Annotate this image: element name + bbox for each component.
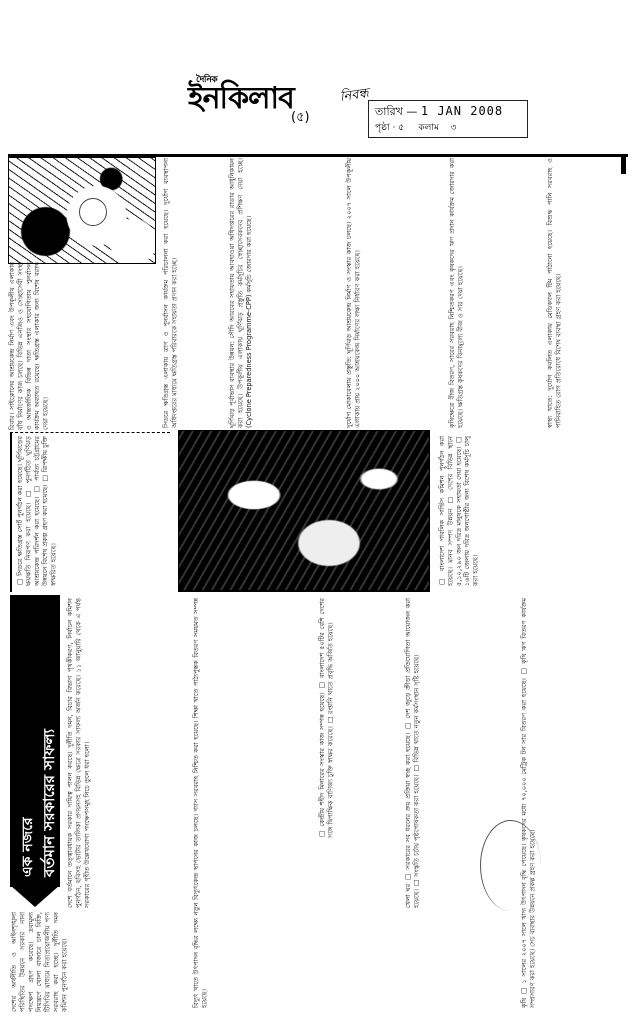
heading-line-2: বর্তমান সরকারের সাফল্য [36,605,61,877]
column-text: রিবার। সাইক্লোনের আশ্রয়কেন্দ্র নির্মাণ … [8,262,154,430]
column-text: □ বাংলাদেশ পাবলিক সার্ভিস কমিশন পুনর্গঠন… [438,436,623,586]
text-column: দুর্যোগ মোকাবেলায় প্রস্তুতি: ঘূর্ণিঝড় … [345,158,440,428]
column-text: □ কেন্দ্রীয় শহীদ মিনারের সংস্কার কাজ সম… [318,598,398,838]
text-column: বিদ্যুৎ খাতে উৎপাদন বৃদ্ধির লক্ষ্যে নতুন… [192,598,312,1008]
column-text: কৃষিক্ষেত্রে বীজ বিতরণ, সারের সরবরাহ নিশ… [448,158,538,428]
stamp-page-row: পৃষ্ঠা · ৫ কলাম ৩ [375,120,456,135]
archive-stamp: তারিখ — 1 JAN 2008 পৃষ্ঠা · ৫ কলাম ৩ [368,100,528,138]
text-column: দেশের অর্থনীতি ও আইনশৃঙ্খলা পরিস্থিতির উ… [10,912,186,1012]
text-column: □ সিডরে ক্ষতিগ্রস্ত সোর্ট পুনর্গঠন করা হ… [16,436,166,586]
text-column: ঘূর্ণিঝড় পূর্বাভাস ব্যবস্থার উন্নয়ন: স… [228,158,338,428]
stamp-date-value: 1 JAN 2008 [421,104,503,118]
handwritten-mark [480,820,541,911]
text-column: স্বাস্থ্য খাতে: দুর্যোগ কবলিত এলাকায় মে… [546,158,622,428]
section-border [10,432,170,434]
stamp-column-label: কলাম [418,123,439,133]
article-heading: এক নজরে বর্তমান সরকারের সাফল্য [10,595,60,887]
column-text: দেশের অর্থনীতি ও আইনশৃঙ্খলা পরিস্থিতির উ… [10,912,186,1012]
column-text: সিডরে ক্ষতিগ্রস্ত এলাকায় ত্রাণ ও পুনর্ব… [162,158,222,428]
stamp-column-value: ৩ [451,123,457,133]
handwritten-note: নিবন্ধ [339,84,371,109]
page-marker: (৫) [291,108,310,129]
text-column: □ বাংলাদেশ পাবলিক সার্ভিস কমিশন পুনর্গঠন… [438,436,623,586]
section-border [10,432,12,592]
column-text: ঘূর্ণিঝড় পূর্বাভাস ব্যবস্থার উন্নয়ন: স… [228,158,338,428]
column-text: দেশে বর্তমানে তত্ত্বাবধায়ক সরকার দায়িত… [66,598,186,908]
text-column: □ কেন্দ্রীয় শহীদ মিনারের সংস্কার কাজ সম… [318,598,398,838]
map-marker-icon [79,198,107,226]
text-column: কৃষিক্ষেত্রে বীজ বিতরণ, সারের সরবরাহ নিশ… [448,158,538,428]
photo-divider [178,590,428,591]
column-text: বিদ্যুৎ খাতে উৎপাদন বৃদ্ধির লক্ষ্যে নতুন… [192,598,312,1008]
column-text: দুর্যোগ মোকাবেলায় প্রস্তুতি: ঘূর্ণিঝড় … [345,158,440,428]
text-column: সিডরে ক্ষতিগ্রস্ত এলাকায় ত্রাণ ও পুনর্ব… [162,158,222,428]
text-column: দেশে বর্তমানে তত্ত্বাবধায়ক সরকার দায়িত… [66,598,186,908]
text-column: রিবার। সাইক্লোনের আশ্রয়কেন্দ্র নির্মাণ … [8,262,154,430]
stamp-date-label: তারিখ [375,105,403,118]
column-text: □ সিডরে ক্ষতিগ্রস্ত সোর্ট পুনর্গঠন করা হ… [16,436,166,586]
stamp-page-label: পৃষ্ঠা [375,123,390,133]
column-text: কৃষি □ ১ সালের ২০০৭ সালে খাদ্য উৎপাদন বৃ… [520,598,623,1008]
map-image [8,157,156,264]
heading-arrow-icon [10,885,60,907]
masthead-title: ইনকিলাব [188,82,294,116]
column-text: স্বাস্থ্য খাতে: দুর্যোগ কবলিত এলাকায় মে… [546,158,622,428]
stamp-page-value: ৫ [398,123,404,133]
news-photo [178,430,430,592]
text-column: কৃষি □ ১ সালের ২০০৭ সালে খাদ্য উৎপাদন বৃ… [520,598,623,1008]
